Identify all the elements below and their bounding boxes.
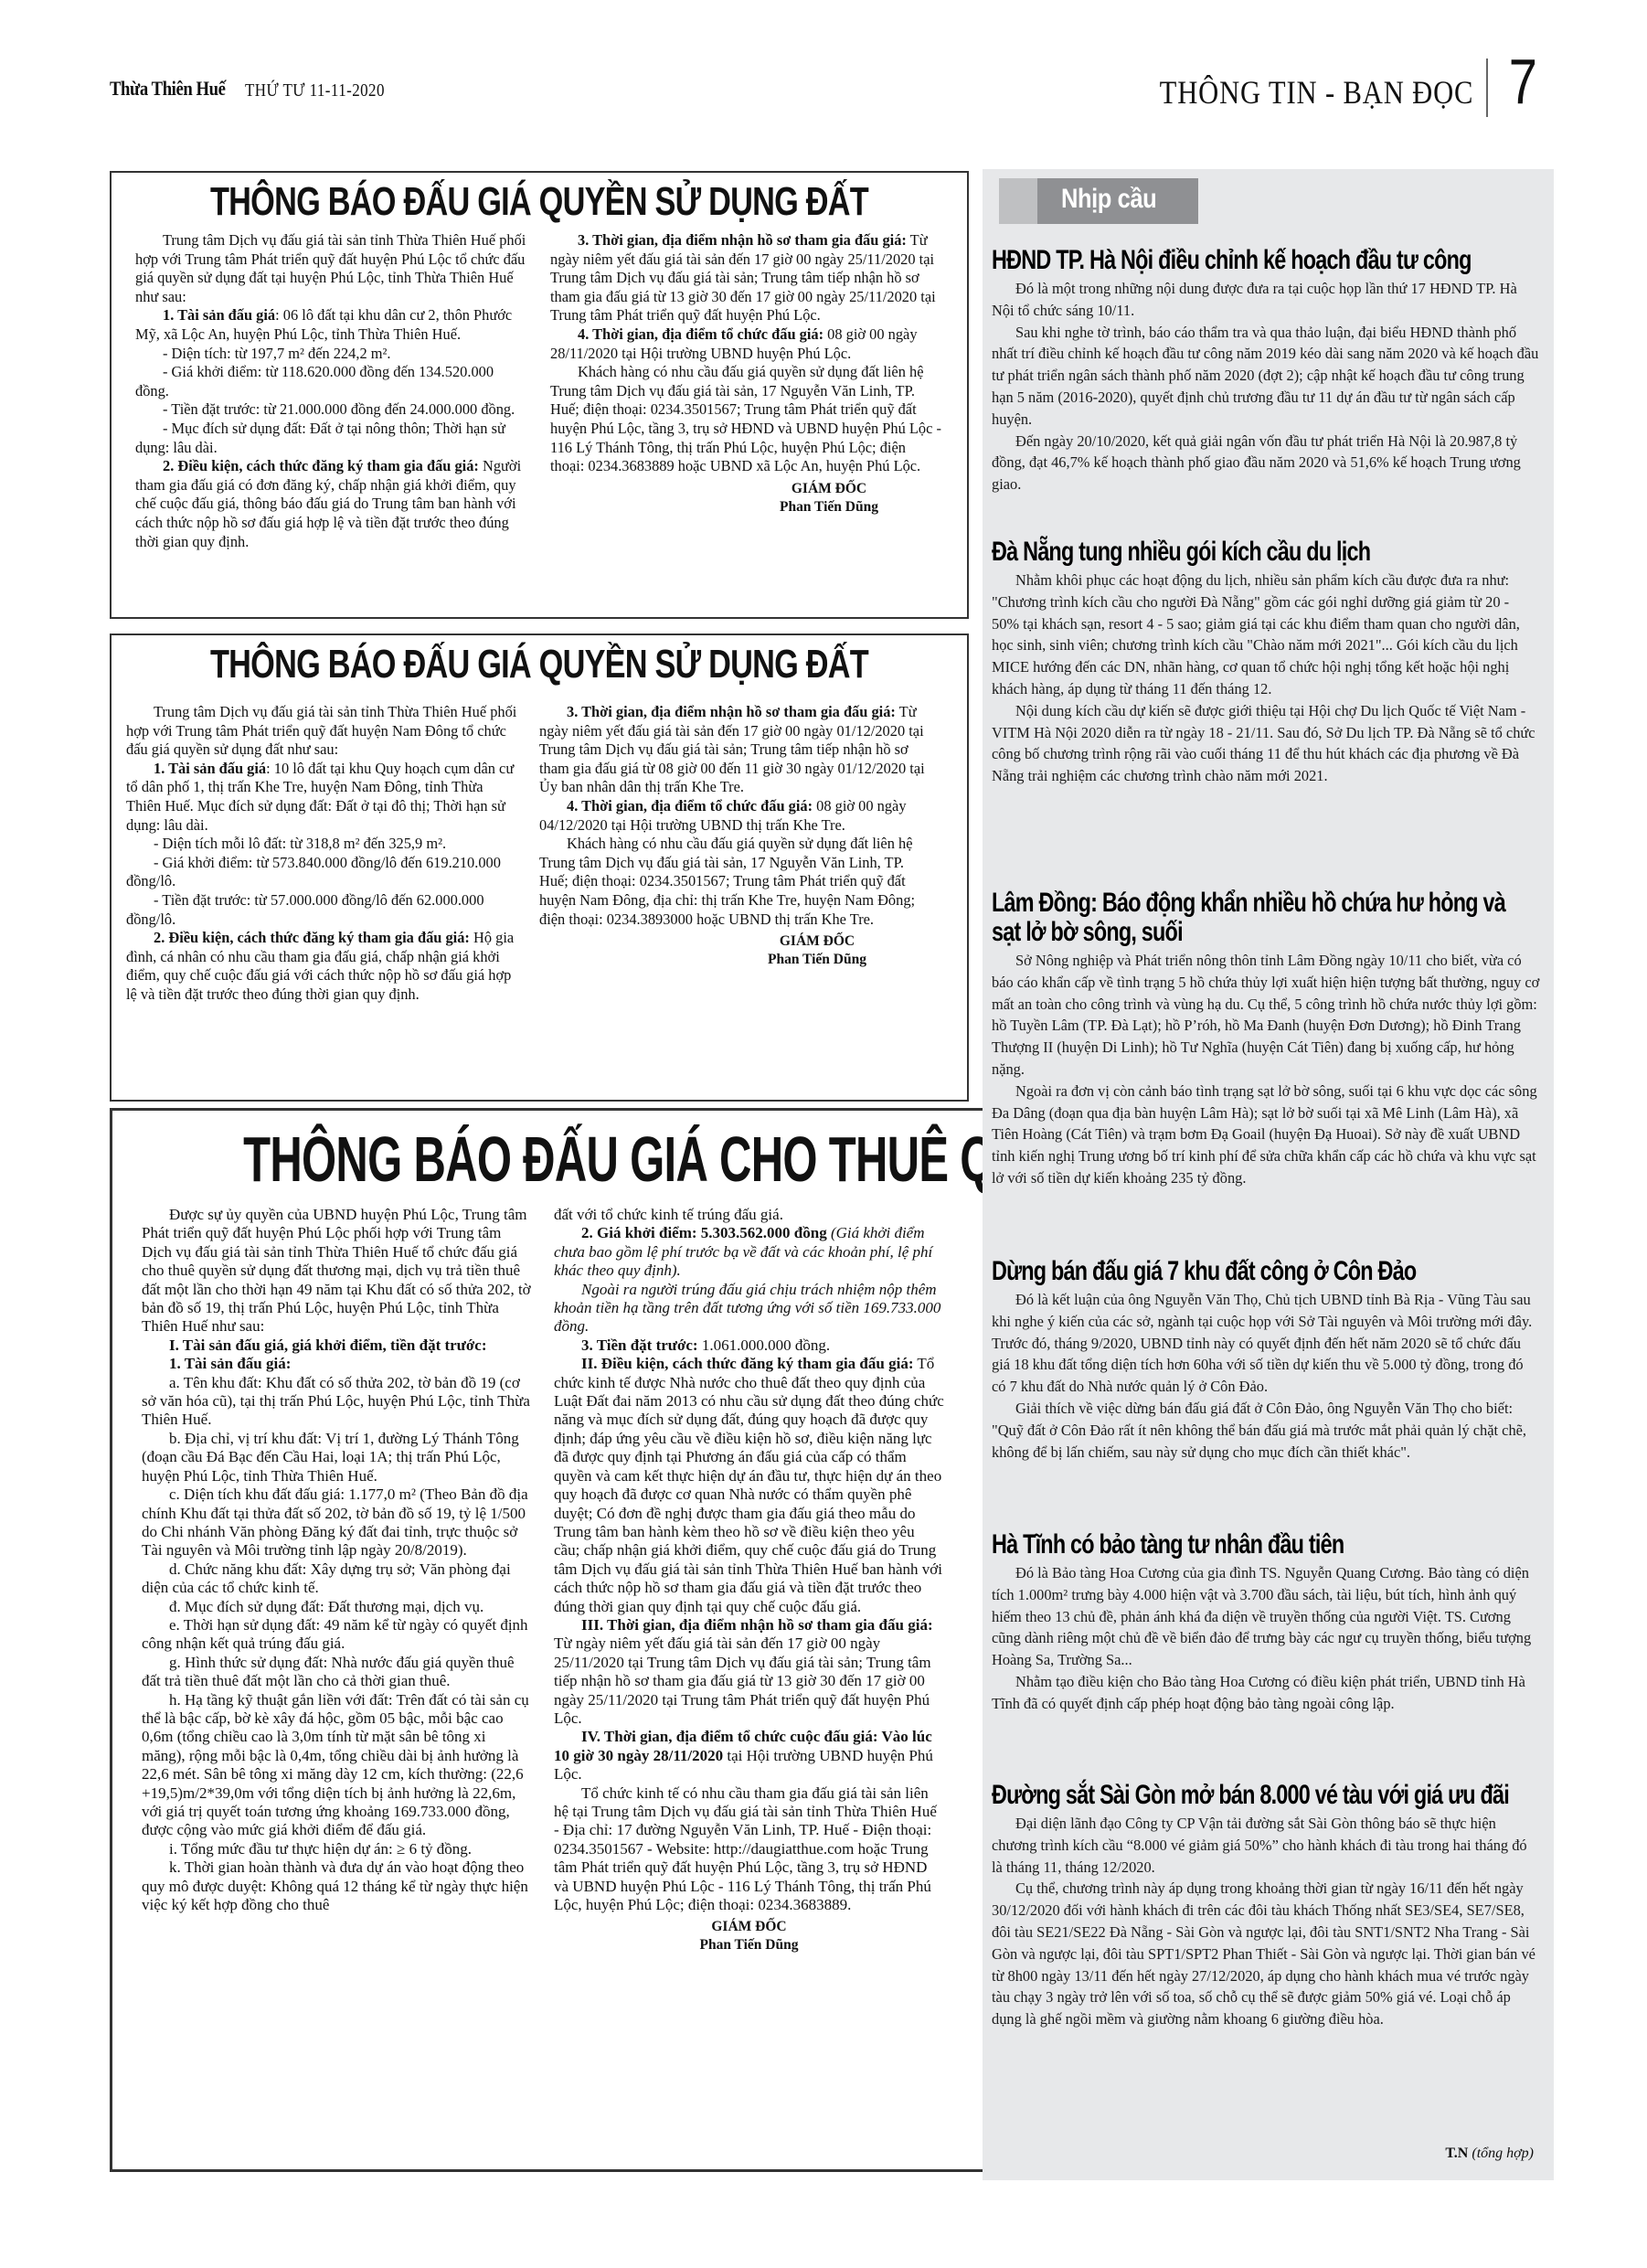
notice-lease-auction: THÔNG BÁO ĐẤU GIÁ CHO THUÊ QUYỀN SỬ DỤNG… — [110, 1108, 987, 2172]
notice-deposit: - Tiền đặt trước: từ 57.000.000 đồng/lô … — [126, 891, 517, 929]
notice-contact: Khách hàng có nhu cầu đấu giá quyền sử d… — [550, 363, 943, 476]
notice-title: THÔNG BÁO ĐẤU GIÁ CHO THUÊ QUYỀN SỬ DỤNG… — [243, 1122, 854, 1197]
article-paragraph: Đó là Bảo tàng Hoa Cương của gia đình TS… — [992, 1562, 1540, 1671]
article-title: Lâm Đồng: Báo động khẩn nhiều hồ chứa hư… — [992, 889, 1539, 947]
notice-column-left: Trung tâm Dịch vụ đấu giá tài sản tỉnh T… — [135, 231, 528, 551]
article-paragraph: Đó là kết luận của ông Nguyễn Văn Thọ, C… — [992, 1289, 1540, 1398]
notice-column-left: Trung tâm Dịch vụ đấu giá tài sản tỉnh T… — [126, 703, 517, 1005]
notice-column-right: đất với tổ chức kinh tế trúng đấu giá. 2… — [554, 1206, 944, 1954]
item-g: g. Hình thức sử dụng đất: Nhà nước đấu g… — [142, 1654, 532, 1691]
page-number: 7 — [1509, 49, 1537, 113]
signature-name: Phan Tiến Dũng — [554, 1936, 944, 1954]
notice-area: - Diện tích: từ 197,7 m² đến 224,2 m². — [135, 345, 528, 364]
article-paragraph: Nhằm tạo điều kiện cho Bảo tàng Hoa Cươn… — [992, 1671, 1540, 1715]
news-article: HĐND TP. Hà Nội điều chỉnh kế hoạch đầu … — [992, 246, 1540, 495]
notice-contact: Khách hàng có nhu cầu đấu giá quyền sử d… — [539, 835, 930, 929]
news-article: Đường sắt Sài Gòn mở bán 8.000 vé tàu vớ… — [992, 1781, 1540, 2030]
notice-column-right: 3. Thời gian, địa điểm nhận hồ sơ tham g… — [550, 231, 943, 551]
issue-date: THỨ TƯ 11-11-2020 — [245, 80, 385, 101]
notice-purpose: - Mục đích sử dụng đất: Đất ở tại nông t… — [135, 420, 528, 457]
notice-title: THÔNG BÁO ĐẤU GIÁ QUYỀN SỬ DỤNG ĐẤT — [206, 641, 873, 688]
byline-author: T.N — [1445, 2146, 1468, 2161]
notice-section-3: 3. Thời gian, địa điểm nhận hồ sơ tham g… — [539, 703, 930, 797]
byline-note: (tổng hợp) — [1472, 2146, 1534, 2161]
news-article: Lâm Đồng: Báo động khẩn nhiều hồ chứa hư… — [992, 889, 1540, 1189]
item-3-deposit: 3. Tiền đặt trước: 1.061.000.000 đồng. — [554, 1336, 944, 1355]
signature-name: Phan Tiến Dũng — [704, 951, 930, 969]
page-header: Thừa Thiên Huế THỨ TƯ 11-11-2020 THÔNG T… — [110, 66, 1554, 117]
part-3: III. Thời gian, địa điểm nhận hồ sơ tham… — [554, 1616, 944, 1728]
item-d: d. Chức năng khu đất: Xây dựng trụ sở; V… — [142, 1560, 532, 1598]
article-paragraph: Đại diện lãnh đạo Công ty CP Vận tải đườ… — [992, 1813, 1540, 1878]
sidebar-news-digest: Nhịp cầu HĐND TP. Hà Nội điều chỉnh kế h… — [983, 169, 1554, 2180]
notice-section-3: 3. Thời gian, địa điểm nhận hồ sơ tham g… — [550, 231, 943, 325]
news-article: Đà Nẵng tung nhiều gói kích cầu du lịch … — [992, 538, 1540, 787]
item-1-heading: 1. Tài sản đấu giá: — [142, 1355, 532, 1373]
notice-section-1: 1. Tài sản đấu giá: 10 lô đất tại khu Qu… — [126, 760, 517, 835]
section-title: THÔNG TIN - BẠN ĐỌC — [1159, 73, 1473, 112]
infra-note: Ngoài ra người trúng đấu giá chịu trách … — [554, 1281, 944, 1336]
notice-column-left: Được sự ủy quyền của UBND huyện Phú Lộc,… — [142, 1206, 532, 1954]
item-i: i. Tổng mức đầu tư thực hiện dự án: ≥ 6 … — [142, 1840, 532, 1858]
item-b: b. Địa chỉ, vị trí khu đất: Vị trí 1, đư… — [142, 1430, 532, 1485]
signature-title: GIÁM ĐỐC — [704, 932, 930, 951]
header-divider — [1486, 59, 1488, 117]
notice-column-right: 3. Thời gian, địa điểm nhận hồ sơ tham g… — [539, 703, 930, 1005]
item-c: c. Diện tích khu đất đấu giá: 1.177,0 m²… — [142, 1485, 532, 1560]
notice-section-4: 4. Thời gian, địa điểm tổ chức đấu giá: … — [539, 797, 930, 835]
item-k-continued: đất với tổ chức kinh tế trúng đấu giá. — [554, 1206, 944, 1224]
notice-auction-phu-loc: THÔNG BÁO ĐẤU GIÁ QUYỀN SỬ DỤNG ĐẤT Trun… — [110, 171, 969, 619]
part-1-heading: I. Tài sản đấu giá, giá khởi điểm, tiền … — [142, 1336, 532, 1355]
part-2: II. Điều kiện, cách thức đăng ký tham gi… — [554, 1355, 944, 1616]
notice-auction-nam-dong: THÔNG BÁO ĐẤU GIÁ QUYỀN SỬ DỤNG ĐẤT Trun… — [110, 634, 969, 1102]
notice-area: - Diện tích mỗi lô đất: từ 318,8 m² đến … — [126, 835, 517, 854]
news-article: Dừng bán đấu giá 7 khu đất công ở Côn Đả… — [992, 1257, 1540, 1463]
banner-label: Nhịp cầu — [1061, 184, 1156, 215]
article-title: Đà Nẵng tung nhiều gói kích cầu du lịch — [992, 538, 1539, 567]
notice-intro: Trung tâm Dịch vụ đấu giá tài sản tỉnh T… — [126, 703, 517, 760]
notice-section-2: 2. Điều kiện, cách thức đăng ký tham gia… — [126, 929, 517, 1004]
article-paragraph: Giải thích về việc dừng bán đấu giá đất … — [992, 1398, 1540, 1463]
notice-title: THÔNG BÁO ĐẤU GIÁ QUYỀN SỬ DỤNG ĐẤT — [206, 178, 873, 226]
signature-name: Phan Tiến Dũng — [715, 498, 943, 516]
notice-start-price: - Giá khởi điểm: từ 573.840.000 đồng/lô … — [126, 854, 517, 891]
article-title: HĐND TP. Hà Nội điều chỉnh kế hoạch đầu … — [992, 246, 1539, 275]
article-paragraph: Ngoài ra đơn vị còn cảnh báo tình trạng … — [992, 1081, 1540, 1189]
notice-deposit: - Tiền đặt trước: từ 21.000.000 đồng đến… — [135, 400, 528, 420]
item-dd: đ. Mục đích sử dụng đất: Đất thương mại,… — [142, 1598, 532, 1616]
signature-title: GIÁM ĐỐC — [554, 1918, 944, 1936]
article-title: Đường sắt Sài Gòn mở bán 8.000 vé tàu vớ… — [992, 1781, 1539, 1810]
notice-section-2: 2. Điều kiện, cách thức đăng ký tham gia… — [135, 457, 528, 551]
article-paragraph: Sở Nông nghiệp và Phát triển nông thôn t… — [992, 950, 1540, 1081]
item-k: k. Thời gian hoàn thành và đưa dự án vào… — [142, 1858, 532, 1914]
article-byline: T.N (tổng hợp) — [1445, 2146, 1534, 2162]
part-4: IV. Thời gian, địa điểm tổ chức cuộc đấu… — [554, 1728, 944, 1784]
article-paragraph: Đến ngày 20/10/2020, kết quả giải ngân v… — [992, 431, 1540, 495]
item-h: h. Hạ tầng kỹ thuật gắn liền với đất: Tr… — [142, 1691, 532, 1840]
article-paragraph: Cụ thể, chương trình này áp dụng trong k… — [992, 1878, 1540, 2030]
notice-intro: Trung tâm Dịch vụ đấu giá tài sản tỉnh T… — [135, 231, 528, 306]
article-paragraph: Nội dung kích cầu dự kiến sẽ được giới t… — [992, 700, 1540, 787]
article-title: Hà Tĩnh có bảo tàng tư nhân đầu tiên — [992, 1530, 1539, 1560]
item-e: e. Thời hạn sử dụng đất: 49 năm kể từ ng… — [142, 1616, 532, 1654]
article-title: Dừng bán đấu giá 7 khu đất công ở Côn Đả… — [992, 1257, 1539, 1286]
notice-section-4: 4. Thời gian, địa điểm tổ chức đấu giá: … — [550, 325, 943, 363]
news-article: Hà Tĩnh có bảo tàng tư nhân đầu tiên Đó … — [992, 1530, 1540, 1715]
article-paragraph: Đó là một trong những nội dung được đưa … — [992, 278, 1540, 322]
signature-title: GIÁM ĐỐC — [715, 480, 943, 498]
notice-section-1: 1. Tài sản đấu giá: 06 lô đất tại khu dâ… — [135, 306, 528, 344]
article-paragraph: Nhằm khôi phục các hoạt động du lịch, nh… — [992, 570, 1540, 700]
banner-stripe — [999, 178, 1037, 224]
article-paragraph: Sau khi nghe tờ trình, báo cáo thẩm tra … — [992, 322, 1540, 431]
newspaper-name: Thừa Thiên Huế — [110, 77, 226, 101]
notice-intro: Được sự ủy quyền của UBND huyện Phú Lộc,… — [142, 1206, 532, 1336]
item-2-start-price: 2. Giá khởi điểm: 5.303.562.000 đồng (Gi… — [554, 1224, 944, 1280]
notice-contact: Tổ chức kinh tế có nhu cầu tham gia đấu … — [554, 1784, 944, 1915]
item-a: a. Tên khu đất: Khu đất có số thửa 202, … — [142, 1374, 532, 1430]
section-banner: Nhịp cầu — [999, 178, 1198, 224]
notice-start-price: - Giá khởi điểm: từ 118.620.000 đồng đến… — [135, 363, 528, 400]
